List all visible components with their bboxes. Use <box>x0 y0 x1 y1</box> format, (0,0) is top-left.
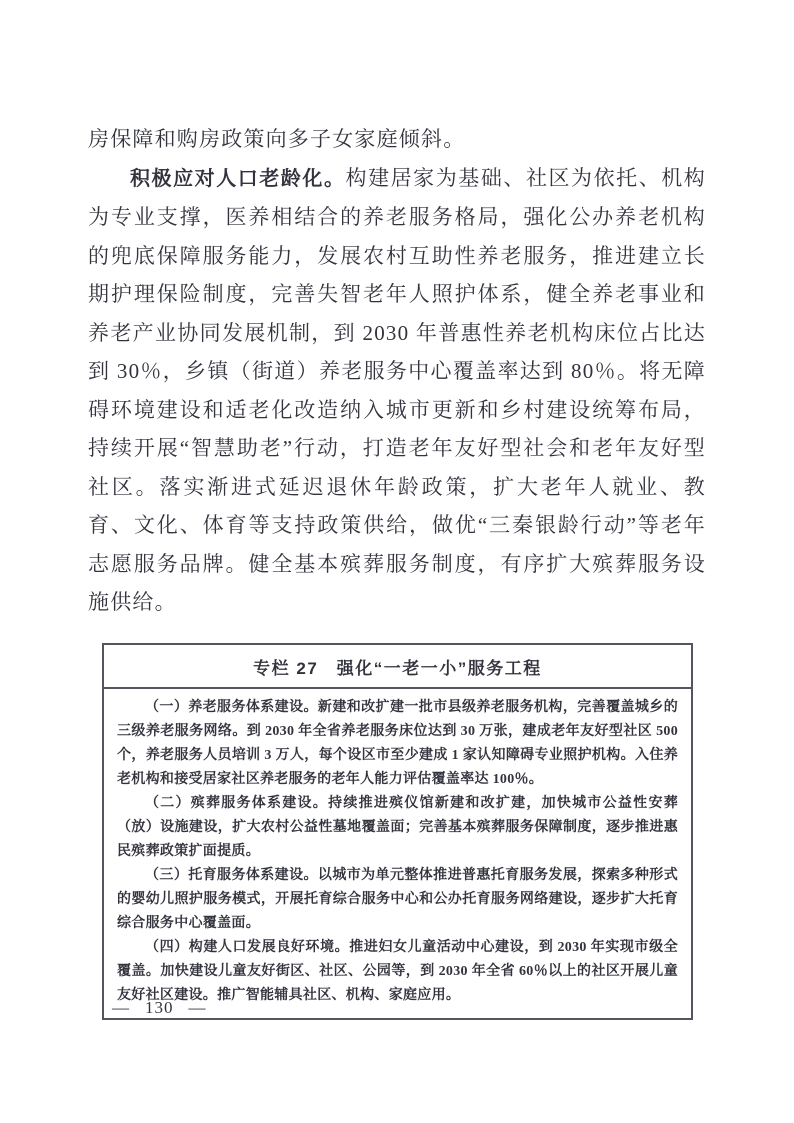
box-item-lead: （三）托育服务体系建设。 <box>145 868 318 883</box>
paragraph-aging-population: 积极应对人口老龄化。构建居家为基础、社区为依托、机构为专业支撑，医养相结合的养老… <box>88 159 706 622</box>
box-item-lead: （一）养老服务体系建设。 <box>145 700 318 715</box>
box-item-funeral-service: （二）殡葬服务体系建设。持续推进殡仪馆新建和改扩建，加快城市公益性安葬（放）设施… <box>117 792 678 864</box>
feature-box-body: （一）养老服务体系建设。新建和改扩建一批市县级养老服务机构，完善覆盖城乡的三级养… <box>104 689 691 1018</box>
box-item-elderly-care: （一）养老服务体系建设。新建和改扩建一批市县级养老服务机构，完善覆盖城乡的三级养… <box>117 696 678 792</box>
paragraph-body-text: 构建居家为基础、社区为依托、机构为专业支撑，医养相结合的养老服务格局，强化公办养… <box>88 166 706 615</box>
page-body-text: 房保障和购房政策向多子女家庭倾斜。 积极应对人口老龄化。构建居家为基础、社区为依… <box>88 120 706 1020</box>
footer-dash-right: — <box>189 998 207 1018</box>
box-item-lead: （二）殡葬服务体系建设。 <box>145 796 328 811</box>
page-number: 130 <box>145 998 174 1018</box>
document-page: 房保障和购房政策向多子女家庭倾斜。 积极应对人口老龄化。构建居家为基础、社区为依… <box>0 0 794 1123</box>
box-item-lead: （四）构建人口发展良好环境。 <box>145 940 349 955</box>
paragraph-lead-sentence: 积极应对人口老龄化。 <box>130 168 346 190</box>
box-item-childcare-service: （三）托育服务体系建设。以城市为单元整体推进普惠托育服务发展，探索多种形式的婴幼… <box>117 864 678 936</box>
feature-box-title: 专栏 27 强化“一老一小”服务工程 <box>104 645 691 689</box>
page-footer: — 130 — <box>112 998 207 1018</box>
continuation-text: 房保障和购房政策向多子女家庭倾斜。 <box>88 127 465 151</box>
box-item-population-environment: （四）构建人口发展良好环境。推进妇女儿童活动中心建设，到 2030 年实现市级全… <box>117 936 678 1008</box>
feature-box-column-27: 专栏 27 强化“一老一小”服务工程 （一）养老服务体系建设。新建和改扩建一批市… <box>102 643 693 1020</box>
footer-dash-left: — <box>112 998 130 1018</box>
paragraph-continuation: 房保障和购房政策向多子女家庭倾斜。 <box>88 120 706 159</box>
